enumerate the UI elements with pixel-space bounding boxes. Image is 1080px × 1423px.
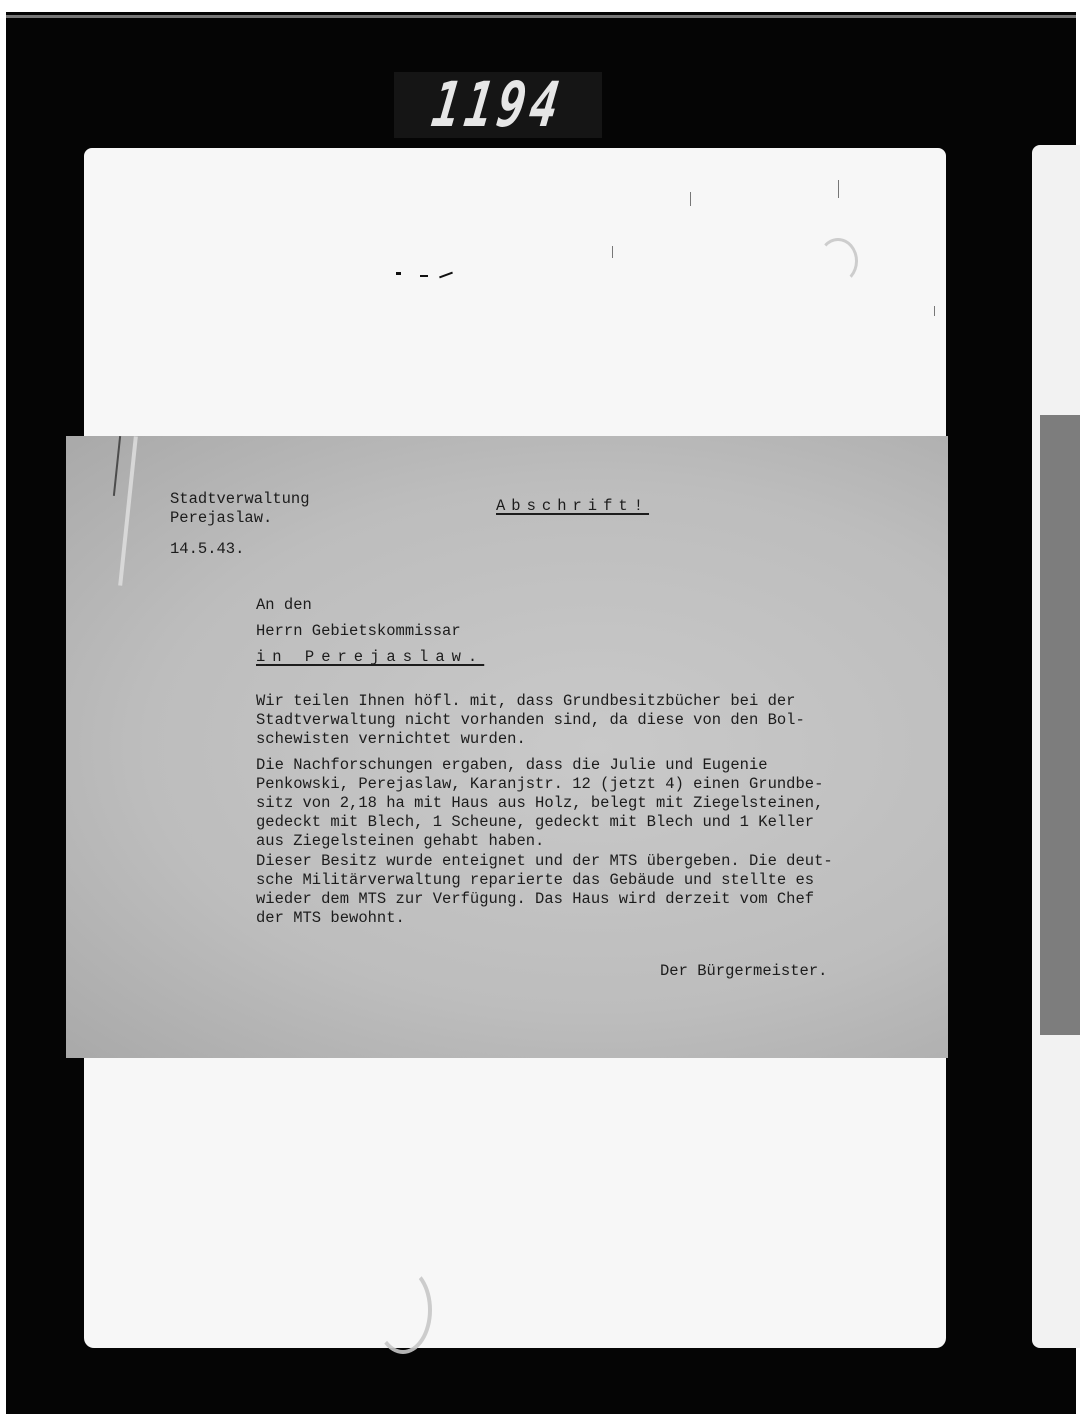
recipient-line-1: An den (256, 596, 312, 614)
signature-line: Der Bürgermeister. (660, 962, 827, 981)
document-date: 14.5.43. (170, 540, 244, 559)
sender-line-1: Stadtverwaltung (170, 490, 310, 508)
adjacent-frame-page (1032, 145, 1080, 1348)
frame-counter: 1194 (394, 72, 602, 138)
adjacent-frame-band (1040, 415, 1080, 1035)
sender-line-2: Perejaslaw. (170, 509, 272, 527)
paper-crease (113, 436, 121, 496)
document-copy: Stadtverwaltung Perejaslaw. 14.5.43. Abs… (66, 436, 948, 1058)
stain-mark (818, 238, 858, 284)
body-paragraph-1: Wir teilen Ihnen höfl. mit, dass Grundbe… (256, 692, 805, 749)
stain-mark (374, 1266, 432, 1354)
frame-number: 1194 (429, 74, 568, 136)
document-heading: Abschrift! (496, 497, 649, 516)
pen-mark (420, 275, 428, 277)
body-paragraph-3: Dieser Besitz wurde enteignet und der MT… (256, 852, 833, 928)
film-edge-line (6, 15, 1076, 18)
recipient-line-2: Herrn Gebietskommissar (256, 622, 461, 640)
body-paragraph-2: Die Nachforschungen ergaben, dass die Ju… (256, 756, 823, 851)
sender-block: Stadtverwaltung Perejaslaw. (170, 490, 310, 528)
recipient-block: An den Herrn Gebietskommissar in Perejas… (256, 592, 484, 670)
pen-mark (396, 272, 401, 275)
paper-fold (118, 436, 138, 586)
pen-mark (439, 272, 453, 279)
recipient-line-3: in Perejaslaw. (256, 648, 484, 666)
